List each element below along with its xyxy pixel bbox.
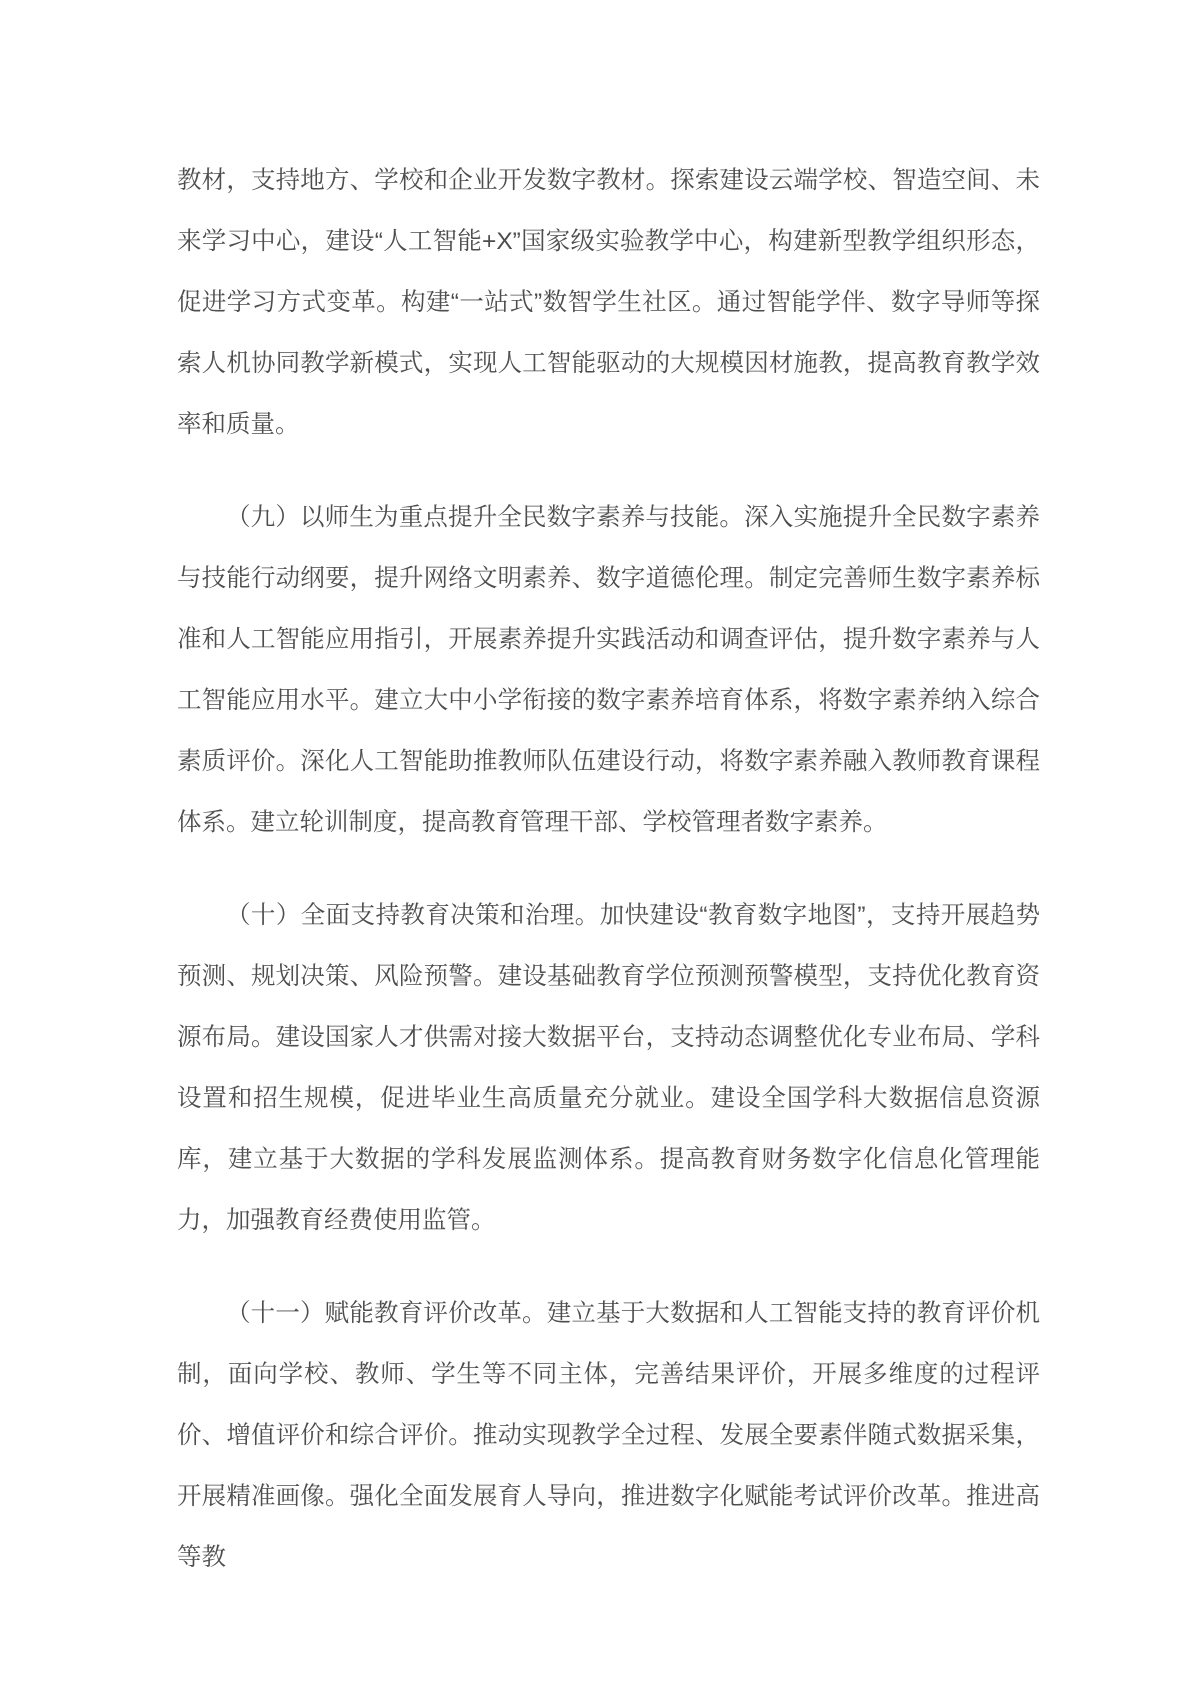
paragraph-item-10: （十）全面支持教育决策和治理。加快建设“教育数字地图”，支持开展趋势预测、规划决… <box>177 885 1040 1251</box>
document-page: 教材，支持地方、学校和企业开发数字教材。探索建设云端学校、智造空间、未来学习中心… <box>0 0 1191 1684</box>
paragraph-item-9: （九）以师生为重点提升全民数字素养与技能。深入实施提升全民数字素养与技能行动纲要… <box>177 487 1040 853</box>
document-body: 教材，支持地方、学校和企业开发数字教材。探索建设云端学校、智造空间、未来学习中心… <box>0 0 1191 1588</box>
paragraph-item-11: （十一）赋能教育评价改革。建立基于大数据和人工智能支持的教育评价机制，面向学校、… <box>177 1283 1040 1588</box>
paragraph-continuation: 教材，支持地方、学校和企业开发数字教材。探索建设云端学校、智造空间、未来学习中心… <box>177 150 1040 455</box>
